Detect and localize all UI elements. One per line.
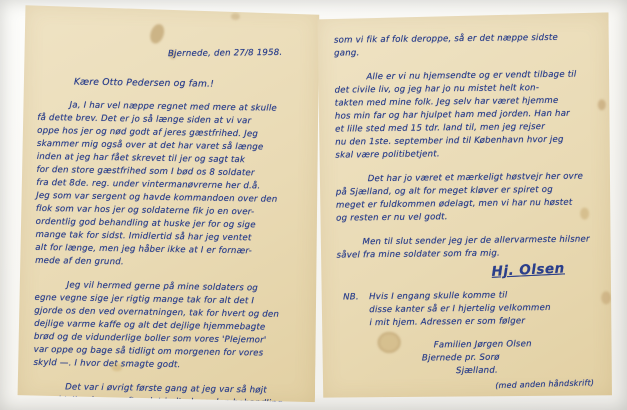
letter-page-right: som vi fik af folk deroppe, så er det næ… [316, 11, 615, 401]
letter-page-left: Bjernede, den 27/8 1958. Kære Otto Peder… [17, 4, 321, 406]
postscript-label: NB. [343, 291, 369, 304]
postscript-text: Hvis I engang skulle komme til disse kan… [369, 289, 551, 330]
paragraph-continuation: som vi fik af folk deroppe, så er det næ… [334, 31, 596, 60]
paragraph: Det var i øvrigt første gang at jeg var … [33, 381, 301, 410]
dateline: Bjernede, den 27/8 1958. [38, 47, 306, 63]
paragraph: Det har jo været et mærkeligt høstvejr h… [336, 170, 599, 225]
address-block: Familien Jørgen Olsen Bjernede pr. Sorø … [338, 337, 600, 379]
postscript: NB. Hvis I engang skulle komme til disse… [343, 288, 599, 330]
archivist-note: (med anden håndskrift) [338, 376, 600, 397]
paragraph: Ja, I har vel næppe regnet med mere at s… [35, 99, 306, 272]
paragraph: Alle er vi nu hjemsendte og er vendt til… [334, 68, 597, 162]
salutation: Kære Otto Pedersen og fam.! [74, 75, 306, 92]
closing-line: Men til slut sender jeg jer de allervarm… [336, 233, 598, 262]
signature: Hj. Olsen [337, 261, 599, 286]
letter-scan-photo: Bjernede, den 27/8 1958. Kære Otto Peder… [0, 0, 627, 410]
paragraph: Jeg vil hermed gerne på mine soldaters o… [33, 279, 302, 374]
